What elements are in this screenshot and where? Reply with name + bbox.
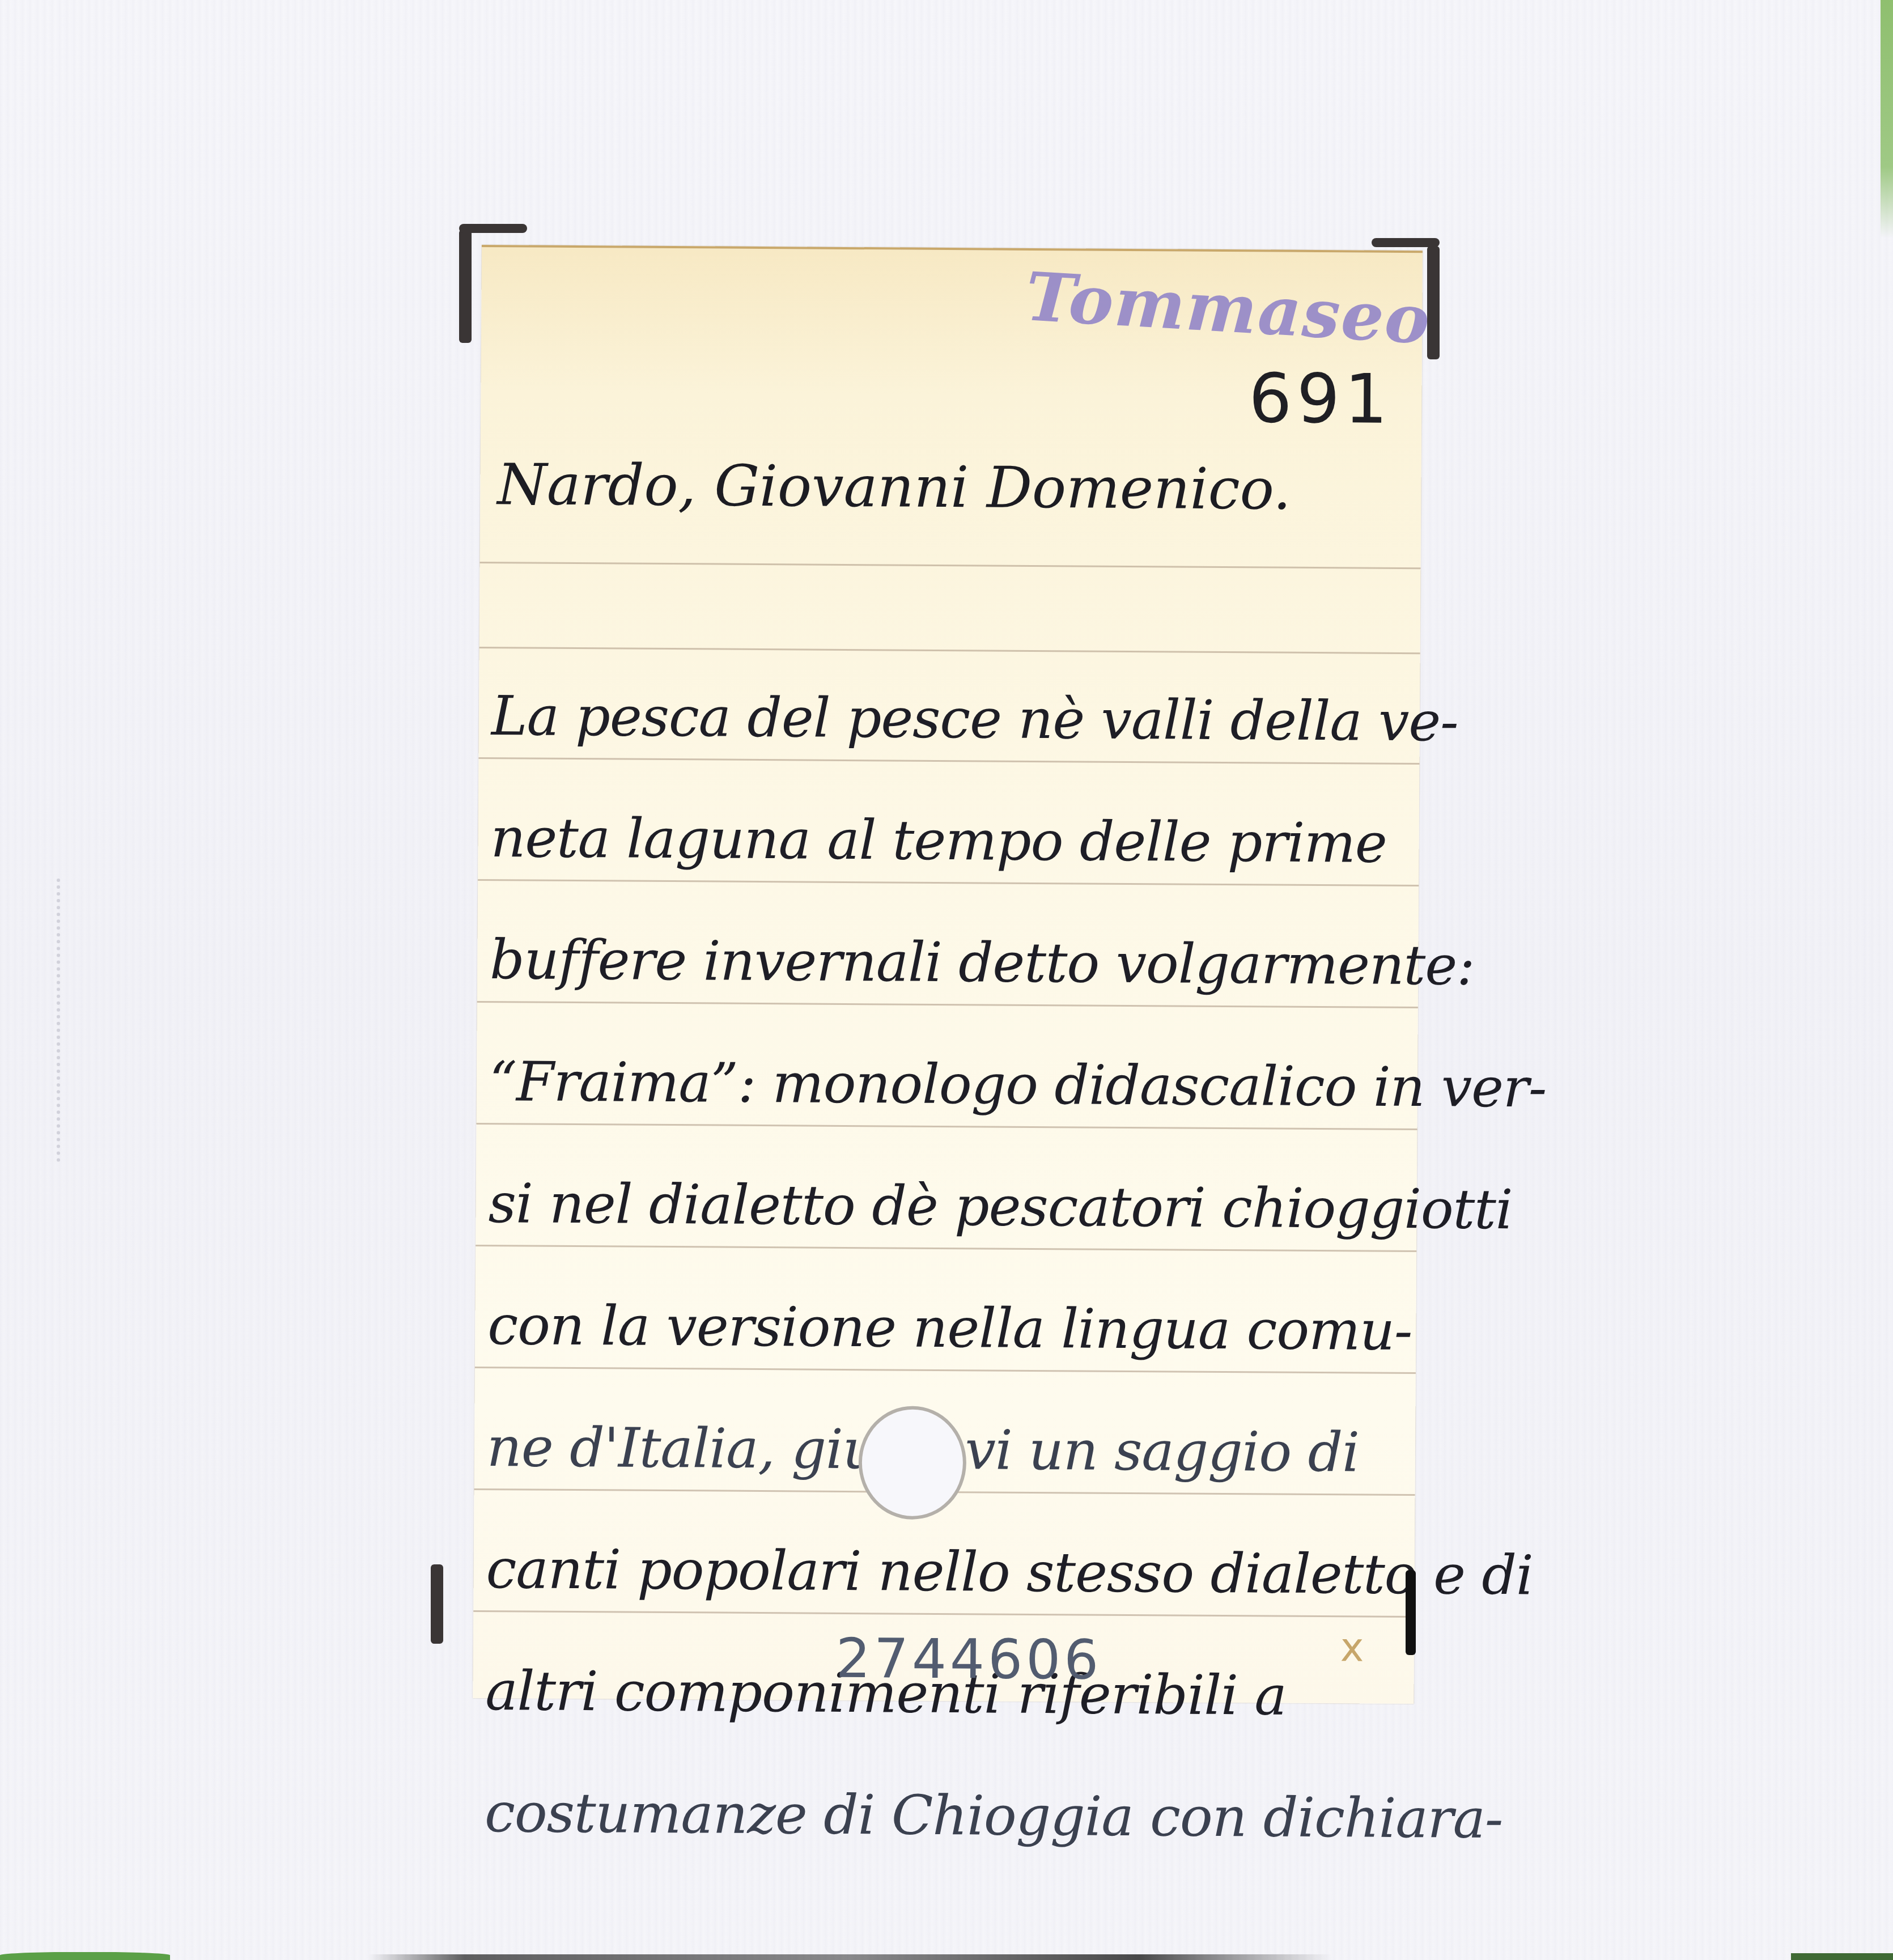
ruled-line — [479, 647, 1420, 654]
shelf-number: 691 — [1249, 359, 1393, 439]
library-stamp: Tommaseo — [1024, 257, 1433, 359]
title-line: si nel dialetto dè pescatori chioggiotti — [488, 1143, 1407, 1270]
corner-clip-icon — [1400, 238, 1440, 357]
title-description: La pesca del pesce nè valli della ve- ne… — [484, 655, 1410, 1880]
punch-hole — [858, 1406, 966, 1520]
title-line: La pesca del pesce nè valli della ve- — [491, 655, 1410, 783]
green-edge-strip — [1881, 0, 1893, 238]
title-line: buffere invernali detto volgarmente: — [490, 899, 1408, 1026]
corner-clip-icon — [431, 1564, 470, 1683]
ruled-line — [480, 562, 1421, 569]
corner-clip-icon — [1400, 1570, 1440, 1689]
corner-clip-icon — [459, 224, 499, 343]
scan-bottom-edge — [1791, 1953, 1893, 1960]
scan-bottom-edge — [368, 1954, 1332, 1960]
title-line: neta laguna al tempo delle prime — [490, 777, 1409, 905]
check-mark-icon: x — [1340, 1624, 1364, 1670]
perforated-edge — [34, 879, 60, 1162]
title-line: con la versione nella lingua comu- — [487, 1265, 1406, 1392]
title-line: canti popolari nello stesso dialetto e d… — [486, 1508, 1404, 1636]
author-heading: Nardo, Giovanni Domenico. — [497, 451, 1291, 523]
green-edge-strip — [0, 1952, 170, 1960]
title-line: costumanze di Chioggia con dichiara- — [484, 1752, 1403, 1880]
accession-number: 2744606 — [835, 1627, 1102, 1692]
title-line: “Fraima”: monologo didascalico in ver- — [489, 1021, 1407, 1148]
catalog-card: Tommaseo 691 Nardo, Giovanni Domenico. L… — [473, 245, 1423, 1704]
